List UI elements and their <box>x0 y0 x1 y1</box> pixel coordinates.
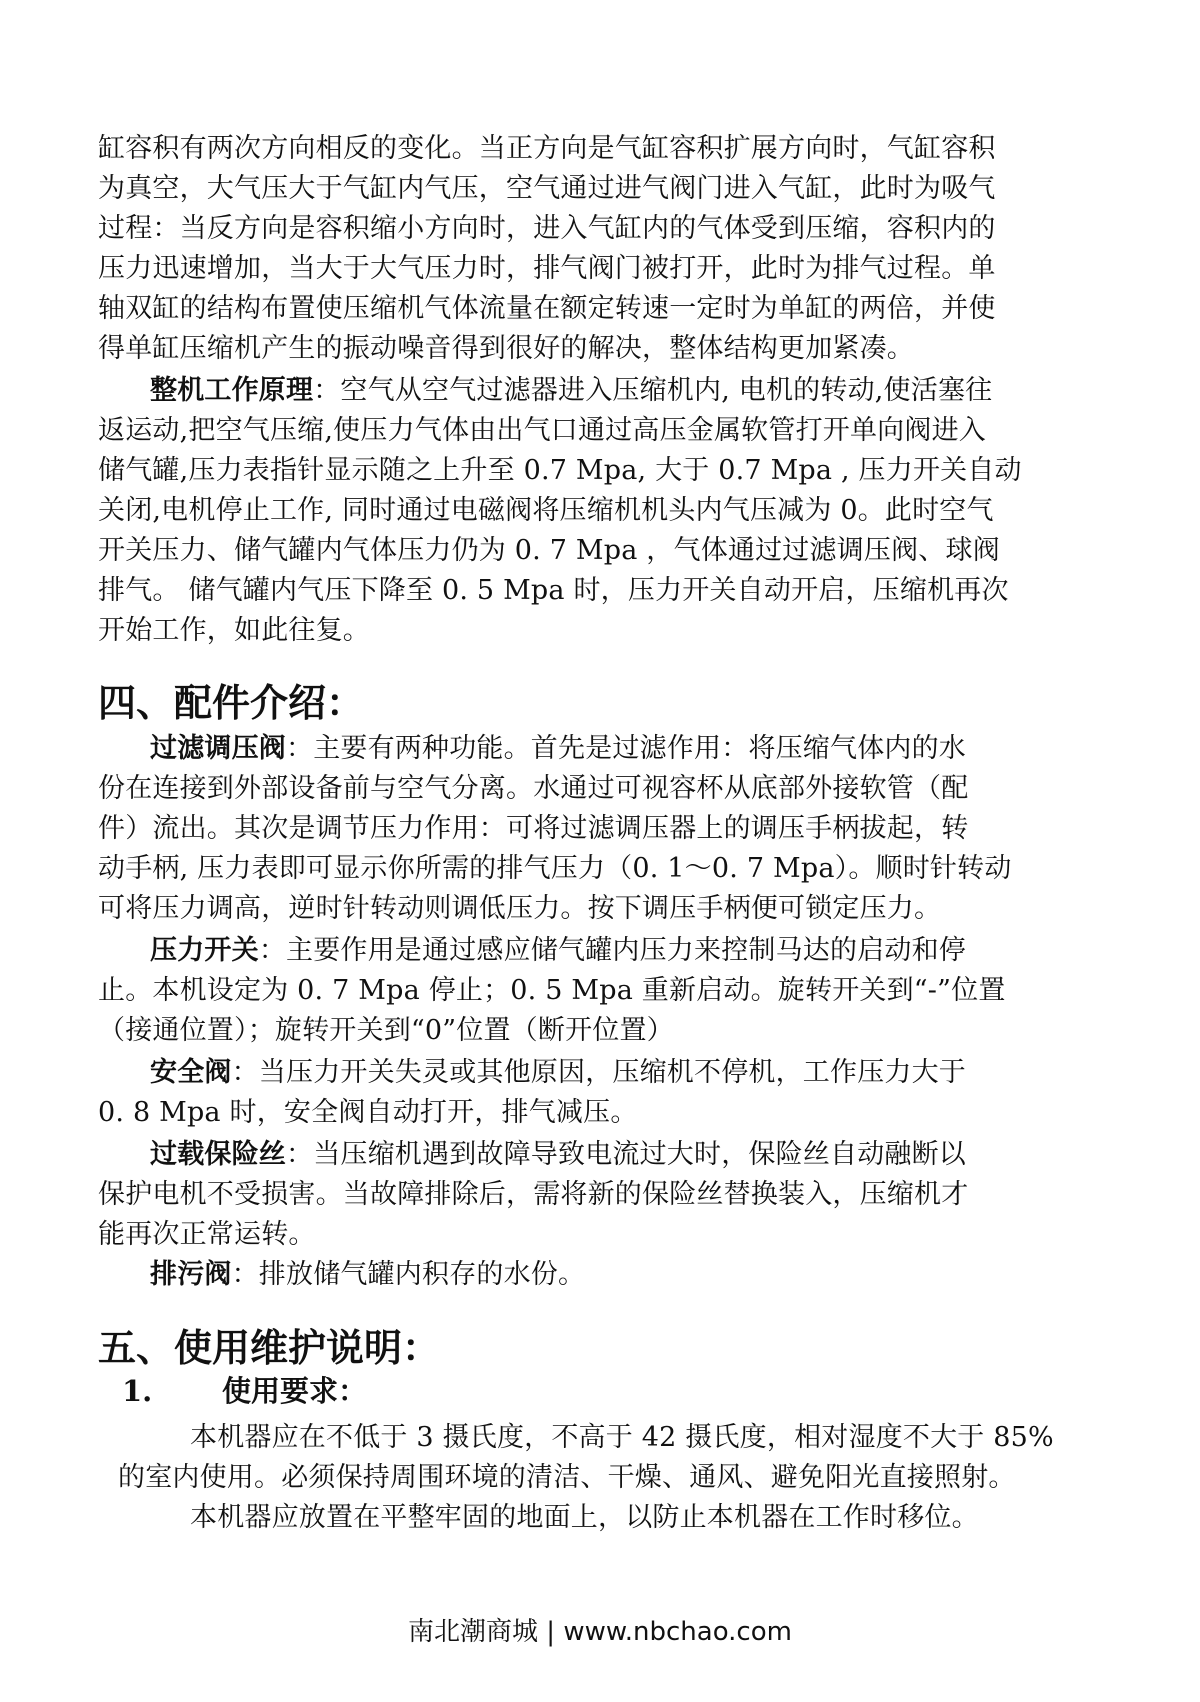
term-label: 排污阀 <box>150 1259 232 1290</box>
text-line: 返运动,把空气压缩,使压力气体由出气口通过高压金属软管打开单向阀进入 <box>98 413 1098 449</box>
subsection-number: 1. <box>122 1372 222 1410</box>
text-line: 过载保险丝：当压缩机遇到故障导致电流过大时，保险丝自动融断以 <box>150 1137 1098 1173</box>
text-line: 本机器应放置在平整牢固的地面上，以防止本机器在工作时移位。 <box>190 1500 1098 1536</box>
term-label: 整机工作原理 <box>150 375 313 406</box>
text-line: 压力开关：主要作用是通过感应储气罐内压力来控制马达的启动和停 <box>150 933 1098 969</box>
text-line: 轴双缸的结构布置使压缩机气体流量在额定转速一定时为单缸的两倍，并使 <box>98 291 1098 327</box>
document-page: 缸容积有两次方向相反的变化。当正方向是气缸容积扩展方向时，气缸容积 为真空，大气… <box>0 0 1200 1702</box>
text-line: 储气罐,压力表指针显示随之上升至 0.7 Mpa, 大于 0.7 Mpa , 压… <box>98 453 1098 489</box>
text-span: ：主要作用是通过感应储气罐内压力来控制马达的启动和停 <box>259 935 966 966</box>
section-heading: 四、配件介绍： <box>98 680 364 726</box>
text-line: 得单缸压缩机产生的振动噪音得到很好的解决，整体结构更加紧凑。 <box>98 331 1098 367</box>
text-line: 份在连接到外部设备前与空气分离。水通过可视容杯从底部外接软管（配 <box>98 771 1098 807</box>
text-line: 整机工作原理：空气从空气过滤器进入压缩机内, 电机的转动,使活塞往 <box>150 373 1098 409</box>
text-line: 保护电机不受损害。当故障排除后，需将新的保险丝替换装入，压缩机才 <box>98 1177 1098 1213</box>
text-line: 能再次正常运转。 <box>98 1217 1098 1253</box>
text-line: 排气。 储气罐内气压下降至 0. 5 Mpa 时，压力开关自动开启，压缩机再次 <box>98 573 1098 609</box>
text-span: ：当压缩机遇到故障导致电流过大时，保险丝自动融断以 <box>286 1139 966 1170</box>
subsection-heading: 1.使用要求： <box>122 1372 367 1410</box>
footer-watermark: 南北潮商城 | www.nbchao.com <box>0 1611 1200 1648</box>
text-line: 过程：当反方向是容积缩小方向时，进入气缸内的气体受到压缩，容积内的 <box>98 211 1098 247</box>
text-line: 过滤调压阀：主要有两种功能。首先是过滤作用：将压缩气体内的水 <box>150 731 1098 767</box>
text-span: ：当压力开关失灵或其他原因，压缩机不停机，工作压力大于 <box>232 1057 966 1088</box>
text-line: 止。本机设定为 0. 7 Mpa 停止；0. 5 Mpa 重新启动。旋转开关到“… <box>98 973 1098 1009</box>
text-line: 关闭,电机停止工作, 同时通过电磁阀将压缩机机头内气压减为 0。此时空气 <box>98 493 1098 529</box>
text-line: 可将压力调高，逆时针转动则调低压力。按下调压手柄便可锁定压力。 <box>98 891 1098 927</box>
text-line: 安全阀：当压力开关失灵或其他原因，压缩机不停机，工作压力大于 <box>150 1055 1098 1091</box>
text-line: 件）流出。其次是调节压力作用：可将过滤调压器上的调压手柄拔起，转 <box>98 811 1098 847</box>
text-line: 动手柄, 压力表即可显示你所需的排气压力（0. 1～0. 7 Mpa）。顺时针转… <box>98 851 1098 887</box>
text-line: 0. 8 Mpa 时，安全阀自动打开，排气减压。 <box>98 1095 1098 1131</box>
term-label: 安全阀 <box>150 1057 232 1088</box>
text-line: 缸容积有两次方向相反的变化。当正方向是气缸容积扩展方向时，气缸容积 <box>98 131 1098 167</box>
text-span: ：主要有两种功能。首先是过滤作用：将压缩气体内的水 <box>286 733 966 764</box>
text-line: 开关压力、储气罐内气体压力仍为 0. 7 Mpa ，气体通过过滤调压阀、球阀 <box>98 533 1098 569</box>
text-line: 压力迅速增加，当大于大气压力时，排气阀门被打开，此时为排气过程。单 <box>98 251 1098 287</box>
term-label: 过滤调压阀 <box>150 733 286 764</box>
term-label: 过载保险丝 <box>150 1139 286 1170</box>
section-heading: 五、使用维护说明： <box>98 1325 440 1371</box>
text-line: 本机器应在不低于 3 摄氏度，不高于 42 摄氏度，相对湿度不大于 85% <box>190 1420 1098 1456</box>
text-span: ：空气从空气过滤器进入压缩机内, 电机的转动,使活塞往 <box>313 375 992 406</box>
term-label: 压力开关 <box>150 935 259 966</box>
text-line: （接通位置）；旋转开关到“0”位置（断开位置） <box>98 1013 1098 1049</box>
text-line: 的室内使用。必须保持周围环境的清洁、干燥、通风、避免阳光直接照射。 <box>118 1460 1098 1496</box>
text-line: 排污阀：排放储气罐内积存的水份。 <box>150 1257 1098 1293</box>
text-line: 开始工作，如此往复。 <box>98 613 1098 649</box>
subsection-title: 使用要求： <box>222 1374 367 1408</box>
text-span: ：排放储气罐内积存的水份。 <box>232 1259 586 1290</box>
text-line: 为真空，大气压大于气缸内气压，空气通过进气阀门进入气缸，此时为吸气 <box>98 171 1098 207</box>
